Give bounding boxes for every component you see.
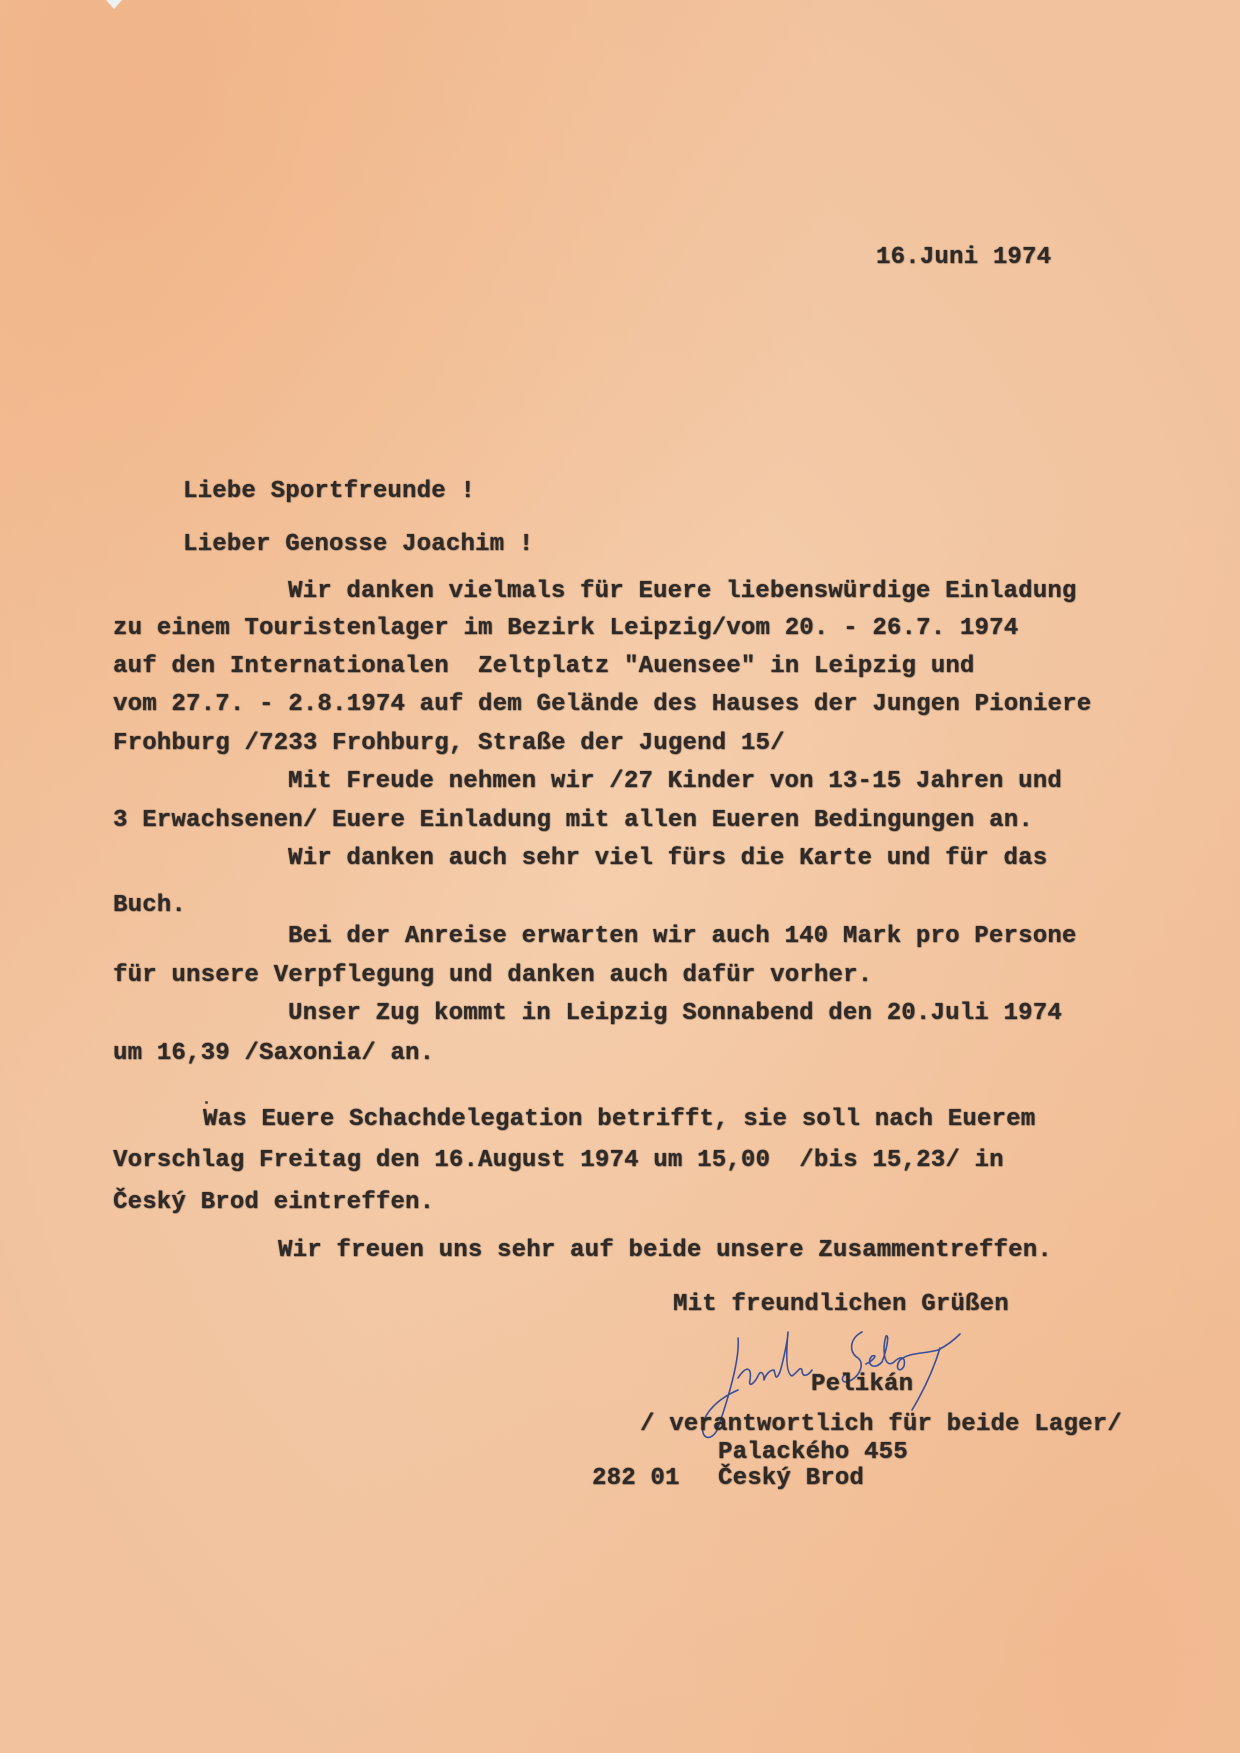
body-line: Bei der Anreise erwarten wir auch 140 Ma… [288, 925, 1077, 949]
address-city: Český Brod [718, 1467, 864, 1491]
body-line: zu einem Touristenlager im Bezirk Leipzi… [113, 617, 1018, 641]
body-line: für unsere Verpflegung und danken auch d… [113, 964, 872, 988]
body-line: auf den Internationalen Zeltplatz "Auens… [113, 655, 975, 679]
body-line: 3 Erwachsenen/ Euere Einladung mit allen… [113, 809, 1033, 833]
body-line: um 16,39 /Saxonia/ an. [113, 1042, 434, 1066]
salutation-genosse: Lieber Genosse Joachim ! [183, 533, 533, 557]
salutation-sportfreunde: Liebe Sportfreunde ! [183, 480, 475, 504]
body-line: Mit Freude nehmen wir /27 Kinder von 13-… [288, 770, 1062, 794]
body-line: Wir freuen uns sehr auf beide unsere Zus… [278, 1239, 1052, 1263]
paper-corner-notch [106, 0, 122, 9]
body-line: Was Euere Schachdelegation betrifft, sie… [203, 1108, 1035, 1132]
body-line: Vorschlag Freitag den 16.August 1974 um … [113, 1149, 1004, 1173]
closing-greeting: Mit freundlichen Grüßen [673, 1293, 1009, 1317]
letter-date: 16.Juni 1974 [876, 246, 1051, 270]
body-line: Wir danken auch sehr viel fürs die Karte… [288, 847, 1047, 871]
signer-role: / verantwortlich für beide Lager/ [640, 1413, 1122, 1437]
signer-name: Pelikán [811, 1373, 913, 1397]
body-line: vom 27.7. - 2.8.1974 auf dem Gelände des… [113, 693, 1091, 717]
body-line: Český Brod eintreffen. [113, 1191, 434, 1215]
body-line: Unser Zug kommt in Leipzig Sonnabend den… [288, 1002, 1062, 1026]
address-street: Palackého 455 [718, 1441, 908, 1465]
ink-dot [205, 1101, 208, 1104]
body-line: Buch. [113, 894, 186, 918]
body-line: Frohburg /7233 Frohburg, Straße der Juge… [113, 732, 785, 756]
body-line: Wir danken vielmals für Euere liebenswür… [288, 580, 1077, 604]
address-zip: 282 01 [592, 1467, 680, 1491]
